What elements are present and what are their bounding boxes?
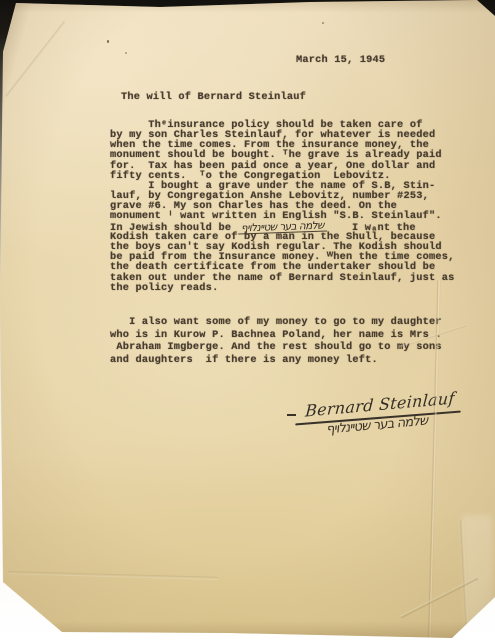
diagonal-crease-bottom-right [400,577,478,618]
horizontal-crease-bottom-left [8,571,218,580]
typed-text-line: monument ᴵ want written in English "S.B.… [110,211,442,221]
diagonal-crease-top-left [5,21,65,97]
paragraph-1-part-a: Thᵉinsurance policy should be taken care… [110,120,442,222]
photo-of-will-document: March 15, 1945 The will of Bernard Stein… [0,0,495,640]
document-title: The will of Bernard Steinlauf [121,92,306,102]
fold-highlight-right-edge [462,515,495,628]
document-date: March 15, 1945 [296,55,385,65]
paper-sheet: March 15, 1945 The will of Bernard Stein… [0,0,495,640]
paper-speck [322,22,324,24]
typed-text-line: and daughters if there is any money left… [110,354,442,367]
paper-speck [125,52,127,54]
vertical-fold-right-edge [460,520,469,638]
typed-text-line: Abraham Imgberge. And the rest should go… [110,341,442,354]
typed-text-line: who is in Kurow P. Bachnea Poland, her n… [110,329,442,342]
typed-text-line: the policy reads. [110,283,454,293]
signature-leading-dash [287,414,296,416]
typed-text-line: I also want some of my money to go to my… [110,316,442,329]
paragraph-2: I also want some of my money to go to my… [110,316,442,366]
paper-speck [107,40,109,43]
paragraph-1-part-b: Kodish taken care of by a man in the Shu… [110,232,454,293]
